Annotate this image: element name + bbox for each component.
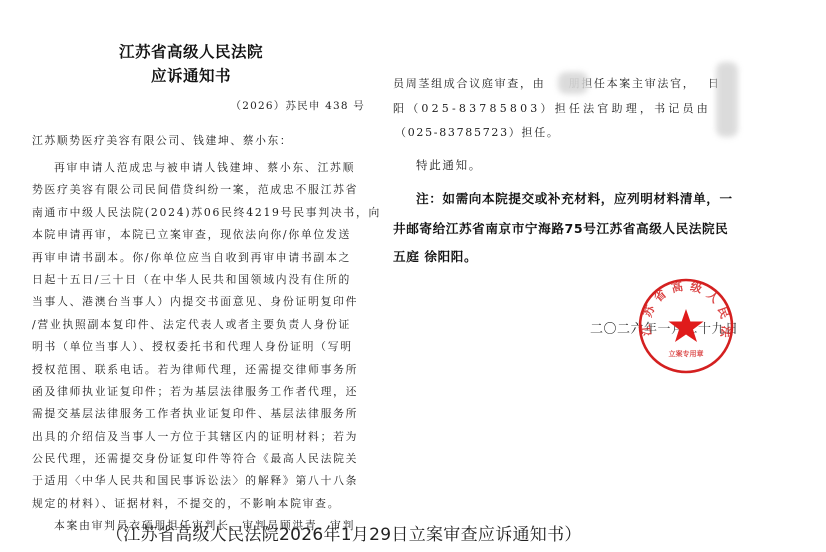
notice-document: 江苏省高级人民法院 应诉通知书 （2026）苏民申 438 号 江苏顺势医疗美容… [0, 0, 826, 552]
body-line: 于适用〈中华人民共和国民事诉讼法〉的解释》第八十八条 [32, 470, 352, 492]
court-name-heading: 江苏省高级人民法院 [32, 40, 350, 62]
body-line: 势医疗美容有限公司民间借贷纠纷一案，范成忠不服江苏省 [32, 179, 352, 201]
court-seal-icon: 江苏省高级人民法院 立案专用章 [636, 276, 736, 376]
body-line: 日起十五日/三十日（在中华人民共和国领域内没有住所的 [32, 269, 352, 291]
note-line: 五庭 徐阳阳。 [393, 246, 477, 265]
body-line: 当事人、港澳台当事人）内提交书面意见、身份证明复印件 [32, 291, 352, 313]
body-line: 出具的介绍信及当事人一方位于其辖区内的证明材料；若为 [32, 426, 352, 448]
redaction-blur [558, 72, 588, 94]
addressee-line: 江苏顺势医疗美容有限公司、钱建坤、蔡小东： [32, 133, 292, 148]
body-line: /营业执照副本复印件、法定代表人或者主要负责人身份证 [32, 314, 352, 336]
svg-text:立案专用章: 立案专用章 [669, 349, 704, 358]
note-line: 井邮寄给江苏省南京市宁海路75号江苏省高级人民法院民 [393, 218, 728, 237]
body-line: 本院申请再审，本院已立案审查，现依法向你/你单位发送 [32, 224, 352, 246]
body-line: 规定的材料）、证据材料，不提交的，不影响本院审查。 [32, 493, 352, 515]
body-line: 需提交基层法律服务工作者执业证复印件、基层法律服务所 [32, 403, 352, 425]
body-line: 授权范围、联系电话。若为律师代理，还需提交律师事务所 [32, 359, 352, 381]
case-number: （2026）苏民申 438 号 [231, 98, 365, 113]
image-caption: （江苏省高级人民法院2026年1月29日立案审查应诉通知书） [106, 520, 582, 545]
body-line: 明书（单位当事人）、授权委托书和代理人身份证明（写明 [32, 336, 352, 358]
closing-line: 特此通知。 [416, 157, 482, 173]
body-line: 再审申请人范成忠与被申请人钱建坤、蔡小东、江苏顺 [32, 157, 352, 179]
note-line: 注：如需向本院提交或补充材料，应列明材料清单，一 [416, 188, 733, 207]
body-line: 再审申请书副本。你/你单位应当自收到再审申请书副本之 [32, 247, 352, 269]
body-line: 公民代理，还需提交身份证复印件等符合《最高人民法院关 [32, 448, 352, 470]
assistant-line: 阳（025-83785803）担任法官助理，书记员由 [393, 100, 711, 116]
clerk-line: （025-83785723）担任。 [395, 124, 560, 140]
body-text: 再审申请人范成忠与被申请人钱建坤、蔡小东、江苏顺 势医疗美容有限公司民间借贷纠纷… [32, 157, 352, 538]
redaction-blur [716, 62, 738, 137]
document-type-heading: 应诉通知书 [32, 64, 350, 86]
panel-line: 员周茎组成合议庭审查，由 朋担任本案主审法官， 日 [393, 75, 721, 91]
body-line: 函及律师执业证复印件；若为基层法律服务工作者代理，还 [32, 381, 352, 403]
body-line: 南通市中级人民法院(2024)苏06民终4219号民事判决书，向 [32, 202, 352, 224]
